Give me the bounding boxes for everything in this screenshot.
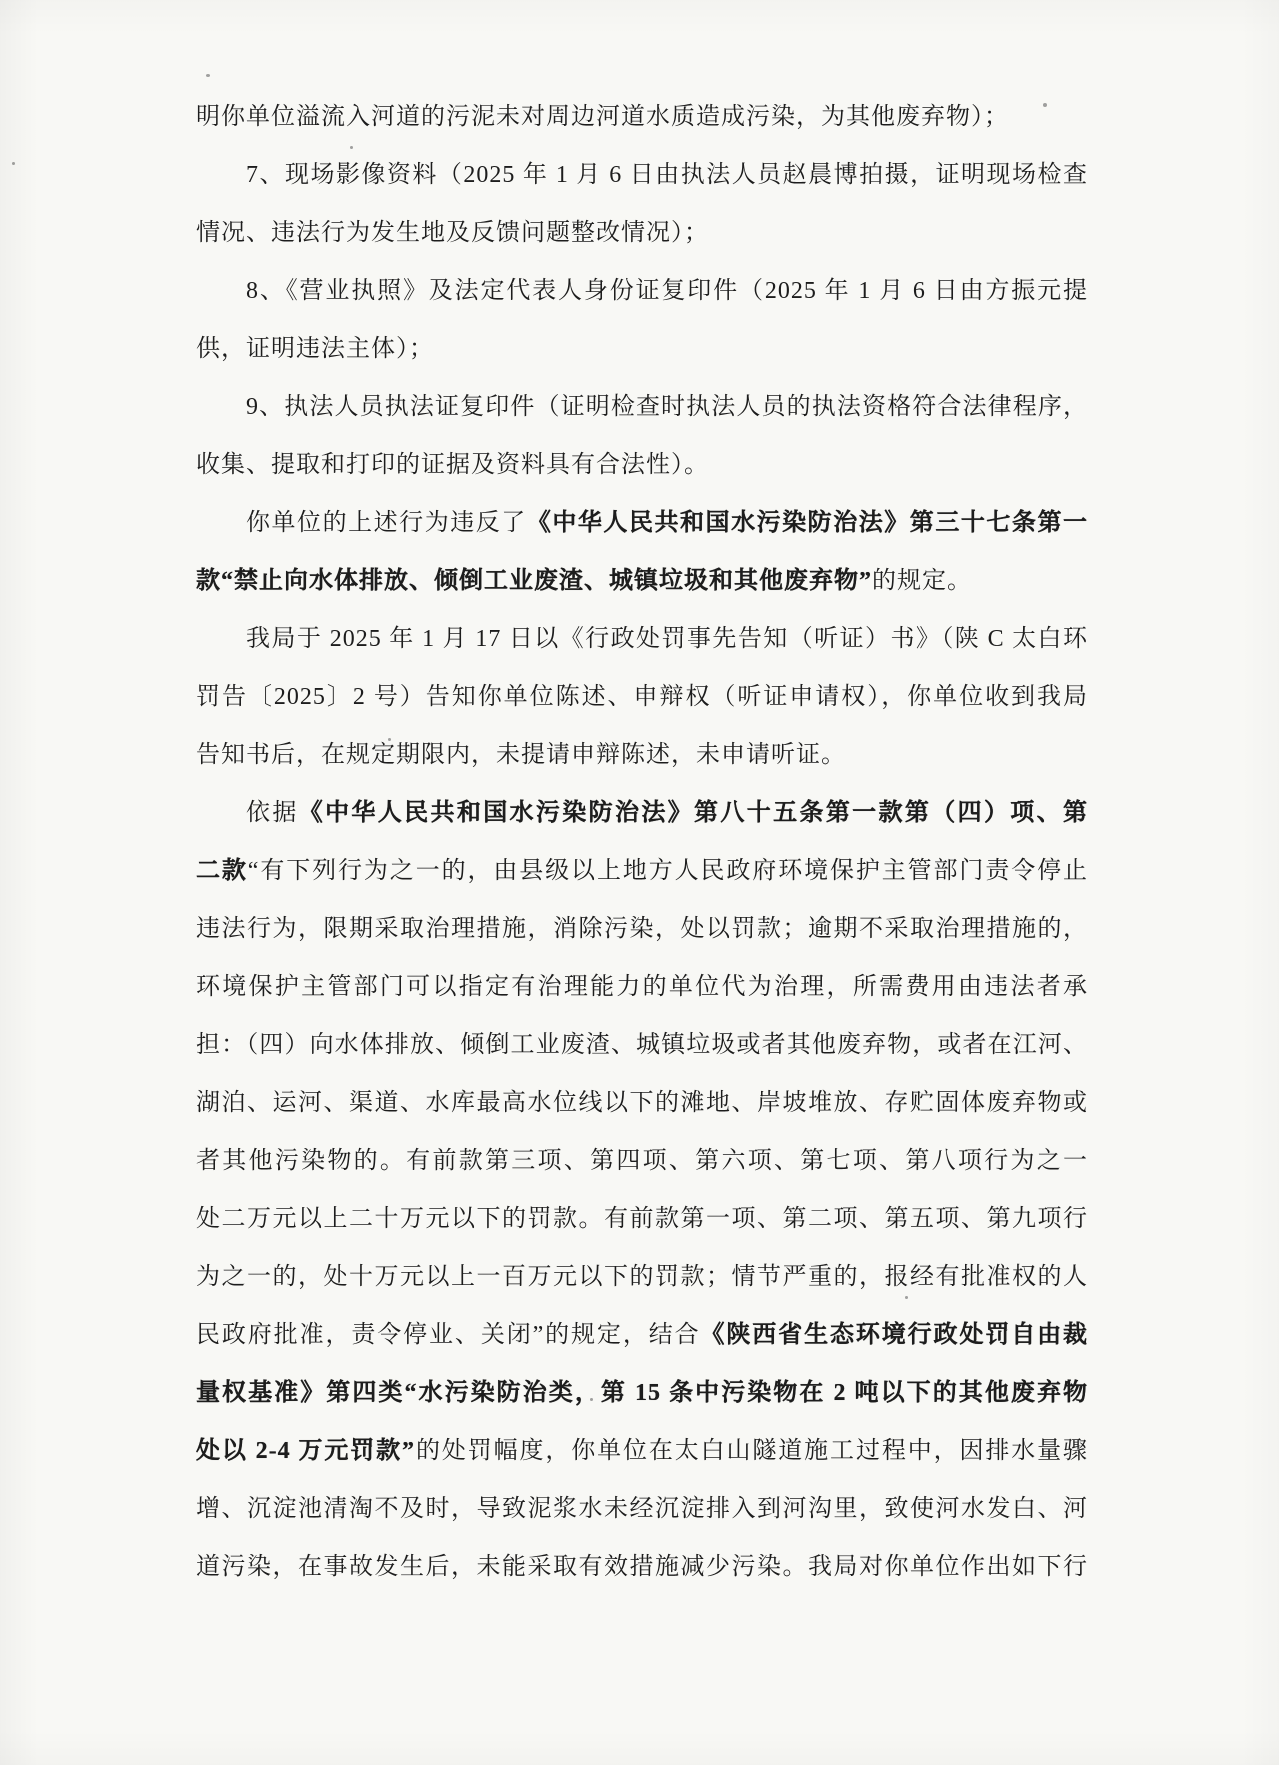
text-line: 湖泊、运河、渠道、水库最高水位线以下的滩地、岸坡堆放、存贮固体废弃物或 [196,1074,1088,1132]
text-segment: 为之一的，处十万元以上一百万元以下的罚款；情节严重的，报经有批准权的人 [196,1264,1088,1290]
text-segment: “有下列行为之一的，由县级以上地方人民政府环境保护主管部门责令停止 [248,858,1088,884]
text-line: 明你单位溢流入河道的污泥未对周边河道水质造成污染，为其他废弃物）； [196,88,1088,146]
text-segment: 款“禁止向水体排放、倾倒工业废渣、城镇垃圾和其他废弃物” [196,568,872,594]
text-segment: 明你单位溢流入河道的污泥未对周边河道水质造成污染，为其他废弃物）； [196,104,1009,130]
text-segment: 《中华人民共和国水污染防治法》第八十五条第一款第（四）项、第 [299,800,1088,826]
text-segment: 违法行为，限期采取治理措施，消除污染，处以罚款；逾期不采取治理措施的， [196,916,1088,942]
text-segment: 量权基准》第四类“水污染防治类，第 15 条中污染物在 2 吨以下的其他废弃物 [196,1380,1088,1406]
text-segment: 罚告〔2025〕2 号）告知你单位陈述、申辩权（听证申请权），你单位收到我局 [196,684,1088,710]
text-line: 收集、提取和打印的证据及资料具有合法性）。 [196,436,1088,494]
scanned-document-page: 明你单位溢流入河道的污泥未对周边河道水质造成污染，为其他废弃物）；7、现场影像资… [0,0,1279,1765]
scan-artifact [12,162,15,165]
text-line: 二款“有下列行为之一的，由县级以上地方人民政府环境保护主管部门责令停止 [196,842,1088,900]
text-segment: 你单位的上述行为违反了 [246,510,527,536]
text-line: 你单位的上述行为违反了《中华人民共和国水污染防治法》第三十七条第一 [196,494,1088,552]
text-line: 为之一的，处十万元以上一百万元以下的罚款；情节严重的，报经有批准权的人 [196,1248,1088,1306]
scan-artifact [206,74,210,77]
text-segment: 我局于 2025 年 1 月 17 日以《行政处罚事先告知（听证）书》（陕 C … [246,626,1088,652]
text-line: 9、执法人员执法证复印件（证明检查时执法人员的执法资格符合法律程序， [196,378,1088,436]
text-segment: 湖泊、运河、渠道、水库最高水位线以下的滩地、岸坡堆放、存贮固体废弃物或 [196,1090,1088,1116]
text-line: 情况、违法行为发生地及反馈问题整改情况）； [196,204,1088,262]
text-segment: 告知书后，在规定期限内，未提请申辩陈述，未申请听证。 [196,742,846,768]
text-segment: 处二万元以上二十万元以下的罚款。有前款第一项、第二项、第五项、第九项行 [196,1206,1088,1232]
text-segment: 供，证明违法主体）； [196,336,434,362]
text-segment: 的处罚幅度，你单位在太白山隧道施工过程中，因排水量骤 [415,1438,1088,1464]
text-line: 者其他污染物的。有前款第三项、第四项、第六项、第七项、第八项行为之一的， [196,1132,1088,1190]
text-segment: 《陕西省生态环境行政处罚自由裁 [701,1322,1088,1348]
text-line: 道污染，在事故发生后，未能采取有效措施减少污染。我局对你单位作出如下行 [196,1538,1088,1596]
text-segment: 7、现场影像资料（2025 年 1 月 6 日由执法人员赵晨博拍摄，证明现场检查 [246,162,1088,188]
text-line: 担：（四）向水体排放、倾倒工业废渣、城镇垃圾或者其他废弃物，或者在江河、 [196,1016,1088,1074]
text-segment: 民政府批准，责令停业、关闭”的规定，结合 [196,1322,701,1348]
text-segment: 收集、提取和打印的证据及资料具有合法性）。 [196,452,709,478]
text-line: 增、沉淀池清淘不及时，导致泥浆水未经沉淀排入到河沟里，致使河水发白、河 [196,1480,1088,1538]
text-line: 我局于 2025 年 1 月 17 日以《行政处罚事先告知（听证）书》（陕 C … [196,610,1088,668]
text-segment: 环境保护主管部门可以指定有治理能力的单位代为治理，所需费用由违法者承 [196,974,1088,1000]
text-segment: 增、沉淀池清淘不及时，导致泥浆水未经沉淀排入到河沟里，致使河水发白、河 [196,1496,1088,1522]
text-line: 8、《营业执照》及法定代表人身份证复印件（2025 年 1 月 6 日由方振元提 [196,262,1088,320]
text-segment: 8、《营业执照》及法定代表人身份证复印件（2025 年 1 月 6 日由方振元提 [246,278,1088,304]
text-segment: 二款 [196,858,248,884]
text-line: 处二万元以上二十万元以下的罚款。有前款第一项、第二项、第五项、第九项行 [196,1190,1088,1248]
document-body: 明你单位溢流入河道的污泥未对周边河道水质造成污染，为其他废弃物）；7、现场影像资… [196,88,1088,1596]
text-line: 依据《中华人民共和国水污染防治法》第八十五条第一款第（四）项、第 [196,784,1088,842]
text-line: 环境保护主管部门可以指定有治理能力的单位代为治理，所需费用由违法者承 [196,958,1088,1016]
text-segment: 9、执法人员执法证复印件（证明检查时执法人员的执法资格符合法律程序， [246,394,1088,420]
text-line: 量权基准》第四类“水污染防治类，第 15 条中污染物在 2 吨以下的其他废弃物 [196,1364,1088,1422]
text-line: 7、现场影像资料（2025 年 1 月 6 日由执法人员赵晨博拍摄，证明现场检查 [196,146,1088,204]
text-line: 处以 2-4 万元罚款”的处罚幅度，你单位在太白山隧道施工过程中，因排水量骤 [196,1422,1088,1480]
text-line: 罚告〔2025〕2 号）告知你单位陈述、申辩权（听证申请权），你单位收到我局 [196,668,1088,726]
text-line: 违法行为，限期采取治理措施，消除污染，处以罚款；逾期不采取治理措施的， [196,900,1088,958]
text-line: 款“禁止向水体排放、倾倒工业废渣、城镇垃圾和其他废弃物”的规定。 [196,552,1088,610]
text-segment: 依据 [246,800,299,826]
text-line: 民政府批准，责令停业、关闭”的规定，结合《陕西省生态环境行政处罚自由裁 [196,1306,1088,1364]
text-segment: 的规定。 [872,568,972,594]
text-segment: 《中华人民共和国水污染防治法》第三十七条第一 [527,510,1088,536]
text-segment: 处以 2-4 万元罚款” [196,1438,415,1464]
text-segment: 情况、违法行为发生地及反馈问题整改情况）； [196,220,709,246]
text-segment: 道污染，在事故发生后，未能采取有效措施减少污染。我局对你单位作出如下行 [196,1554,1088,1580]
text-line: 告知书后，在规定期限内，未提请申辩陈述，未申请听证。 [196,726,1088,784]
text-segment: 担：（四）向水体排放、倾倒工业废渣、城镇垃圾或者其他废弃物，或者在江河、 [196,1032,1088,1058]
text-line: 供，证明违法主体）； [196,320,1088,378]
text-segment: 者其他污染物的。有前款第三项、第四项、第六项、第七项、第八项行为之一的， [196,1148,1088,1190]
